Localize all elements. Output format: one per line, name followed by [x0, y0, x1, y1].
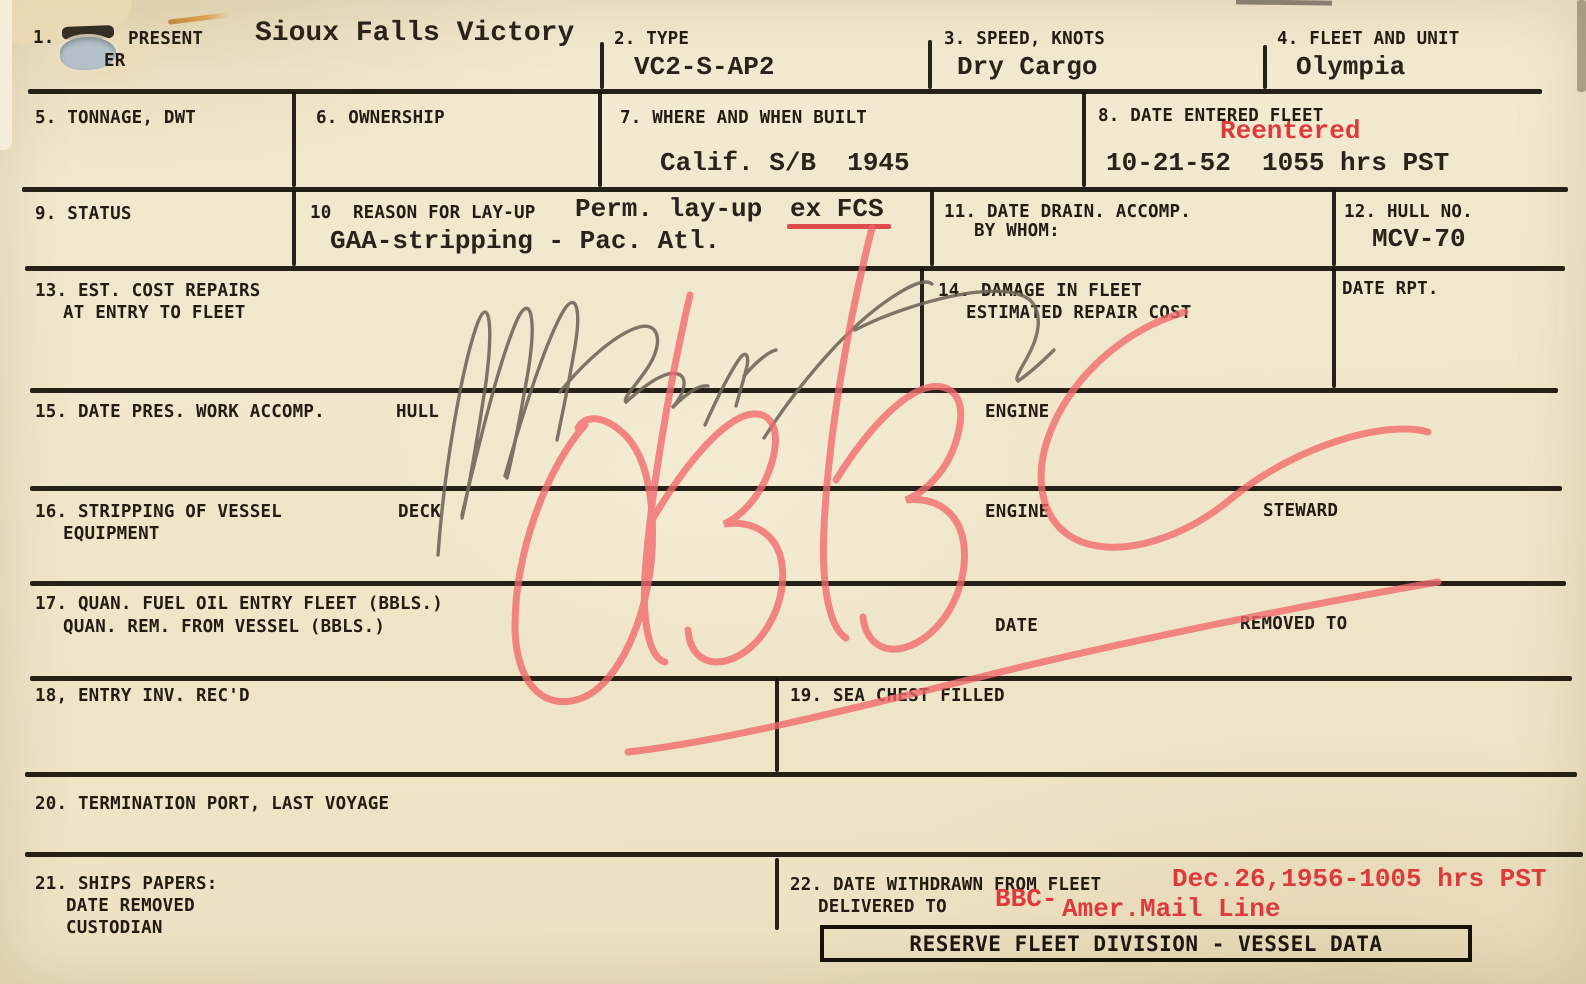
field22-stamp-delivered-to: Amer.Mail Line	[1062, 894, 1280, 924]
rule-v-r3a	[292, 190, 296, 266]
field3-value-speed: Dry Cargo	[957, 52, 1097, 82]
rule-h9	[25, 852, 1583, 857]
field2-label: 2. TYPE	[614, 29, 689, 49]
field11-label: 11. DATE DRAIN. ACCOMP.	[944, 202, 1191, 222]
rule-h2	[22, 187, 1568, 192]
field10-label: 10 REASON FOR LAY-UP	[310, 203, 535, 223]
field21-label2: DATE REMOVED	[66, 896, 195, 916]
field1-former-fragment: ER	[104, 51, 125, 71]
field11-label2: BY WHOM:	[974, 221, 1060, 241]
field10-value-exfcs: ex FCS	[790, 194, 884, 224]
rule-v-r1b	[928, 40, 932, 89]
field16-deck-label: DECK	[398, 502, 441, 522]
date-rpt-label: DATE RPT.	[1342, 279, 1439, 299]
field1-label: PRESENT	[128, 29, 203, 49]
footer-title: RESERVE FLEET DIVISION - VESSEL DATA	[909, 932, 1382, 956]
rule-v-r4a	[920, 268, 924, 388]
field15-hull-label: HULL	[396, 402, 439, 422]
field13-label2: AT ENTRY TO FLEET	[63, 303, 246, 323]
field16-engine-label: ENGINE	[985, 502, 1049, 522]
field21-label3: CUSTODIAN	[66, 918, 163, 938]
rule-v-r2b	[598, 92, 602, 187]
field14-label: 14. DAMAGE IN FLEET	[938, 281, 1142, 301]
field7-label: 7. WHERE AND WHEN BUILT	[620, 108, 867, 128]
vessel-data-card: 1. PRESENT ER Sioux Falls Victory 2. TYP…	[0, 0, 1586, 984]
field4-value-fleet-unit: Olympia	[1296, 52, 1405, 82]
rule-v-r18	[775, 678, 779, 772]
field16-label2: EQUIPMENT	[63, 524, 160, 544]
rule-v-r2c	[1082, 92, 1086, 187]
field3-label: 3. SPEED, KNOTS	[944, 29, 1105, 49]
field13-label: 13. EST. COST REPAIRS	[35, 281, 260, 301]
rule-v-r21	[775, 858, 779, 930]
field15-engine-label: ENGINE	[985, 402, 1049, 422]
footer-title-box: RESERVE FLEET DIVISION - VESSEL DATA	[820, 925, 1472, 962]
field17-label2: QUAN. REM. FROM VESSEL (BBLS.)	[63, 617, 385, 637]
rule-h8	[25, 772, 1577, 777]
field20-label: 20. TERMINATION PORT, LAST VOYAGE	[35, 794, 389, 814]
field2-value-type: VC2-S-AP2	[634, 52, 774, 82]
rule-h1	[28, 89, 1542, 94]
field22-stamp-date-withdrawn: Dec.26,1956-1005 hrs PST	[1172, 864, 1546, 894]
field4-label: 4. FLEET AND UNIT	[1277, 29, 1460, 49]
pencil-signature	[438, 282, 1054, 555]
field21-label: 21. SHIPS PAPERS:	[35, 874, 218, 894]
field22-stamp-bbc: BBC-	[995, 884, 1057, 914]
field1-number: 1.	[33, 28, 54, 48]
card-edge	[0, 0, 12, 150]
rule-h7	[30, 676, 1572, 681]
field12-label: 12. HULL NO.	[1344, 202, 1473, 222]
field16-steward-label: STEWARD	[1263, 501, 1338, 521]
scratch-mark	[168, 12, 230, 25]
field14-label2: ESTIMATED REPAIR COST	[966, 303, 1191, 323]
field8-value-date-entered: 10-21-52 1055 hrs PST	[1106, 148, 1449, 178]
field10-value-stripping: GAA-stripping - Pac. Atl.	[330, 226, 720, 256]
rule-v-r3c	[1332, 190, 1336, 266]
field6-label: 6. OWNERSHIP	[316, 108, 445, 128]
field17-label: 17. QUAN. FUEL OIL ENTRY FLEET (BBLS.)	[35, 594, 443, 614]
field16-label: 16. STRIPPING OF VESSEL	[35, 502, 282, 522]
field9-label: 9. STATUS	[35, 204, 132, 224]
field19-label: 19. SEA CHEST FILLED	[790, 686, 1005, 706]
red-underline	[787, 224, 891, 229]
field7-value-built: Calif. S/B 1945	[660, 148, 910, 178]
rule-h6	[30, 581, 1566, 586]
field15-label: 15. DATE PRES. WORK ACCOMP.	[35, 402, 325, 422]
field18-label: 18, ENTRY INV. REC'D	[35, 686, 250, 706]
scan-edge-shadow	[1577, 0, 1586, 92]
rule-h4	[30, 388, 1558, 393]
field5-label: 5. TONNAGE, DWT	[35, 108, 196, 128]
field22-label2: DELIVERED TO	[818, 897, 947, 917]
rule-v-r2a	[292, 92, 296, 187]
field10-value-layup: Perm. lay-up	[575, 194, 762, 224]
scan-edge-mark	[1236, 0, 1332, 6]
field17-removed-to-label: REMOVED TO	[1240, 614, 1347, 634]
field12-value-hull-no: MCV-70	[1372, 224, 1466, 254]
rule-v-r1c	[1263, 45, 1267, 89]
rule-v-r4b	[1332, 268, 1336, 388]
field17-date-label: DATE	[995, 616, 1038, 636]
field1-value-ship-name: Sioux Falls Victory	[255, 18, 574, 49]
rule-v-r3b	[930, 190, 934, 266]
rule-v-r1a	[600, 42, 604, 89]
rule-h5	[30, 486, 1562, 491]
field8-reentered-stamp: Reentered	[1220, 116, 1360, 146]
